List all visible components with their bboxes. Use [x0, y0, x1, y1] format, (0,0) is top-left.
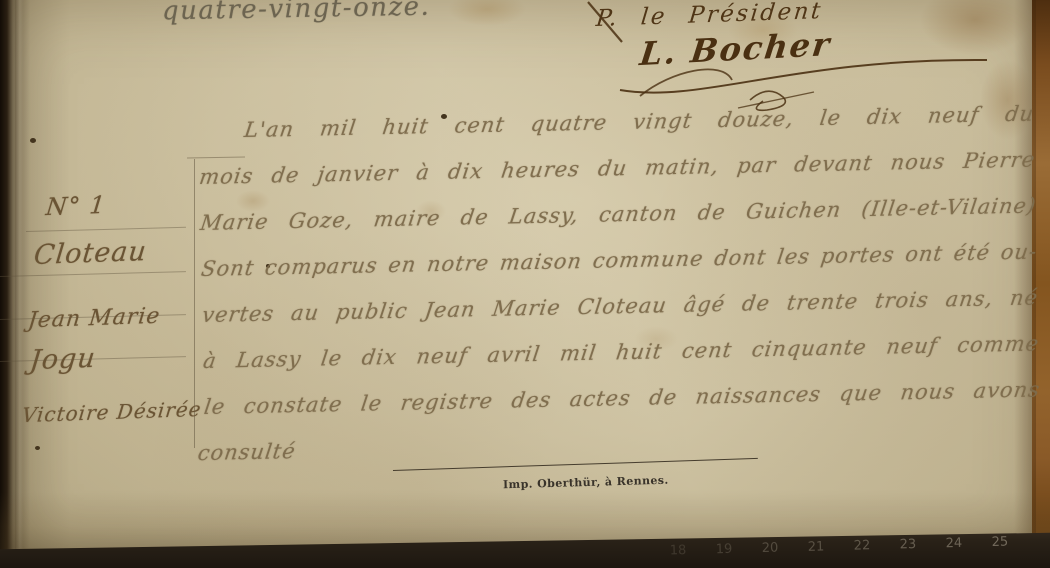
margin-entry-firstnames-groom: Jean Marie [27, 304, 162, 334]
margin-entry-surname-bride: Jogu [28, 343, 97, 376]
margin-entry-firstnames-bride: Victoire Désirée [21, 397, 203, 427]
register-page-scan: quatre-vingt-onze. P. le Président L. Bo… [0, 0, 1050, 568]
margin-act-number: N° 1 [45, 191, 108, 221]
ruler-number: 19 [710, 542, 738, 558]
printer-imprint: Imp. Oberthür, à Rennes. [503, 474, 669, 492]
ruler-number: 24 [940, 536, 968, 552]
ruler-number: 21 [802, 539, 830, 555]
ruler-number: 18 [664, 543, 692, 559]
ruler-number: 22 [848, 538, 876, 554]
ruler-number: 20 [756, 540, 784, 556]
margin-entry-surname-groom: Cloteau [32, 236, 148, 271]
paper-stain [448, 0, 526, 26]
page-crease [15, 0, 23, 568]
act-body-text: L'an mil huit cent quatre vingt douze, l… [198, 90, 1041, 429]
ruler-number: 23 [894, 537, 922, 553]
ink-speck [35, 446, 40, 450]
ruler-number: 25 [986, 534, 1014, 550]
ink-speck [30, 138, 36, 143]
footer-rule [393, 458, 758, 471]
printed-year-words: quatre-vingt-onze. [162, 0, 431, 26]
